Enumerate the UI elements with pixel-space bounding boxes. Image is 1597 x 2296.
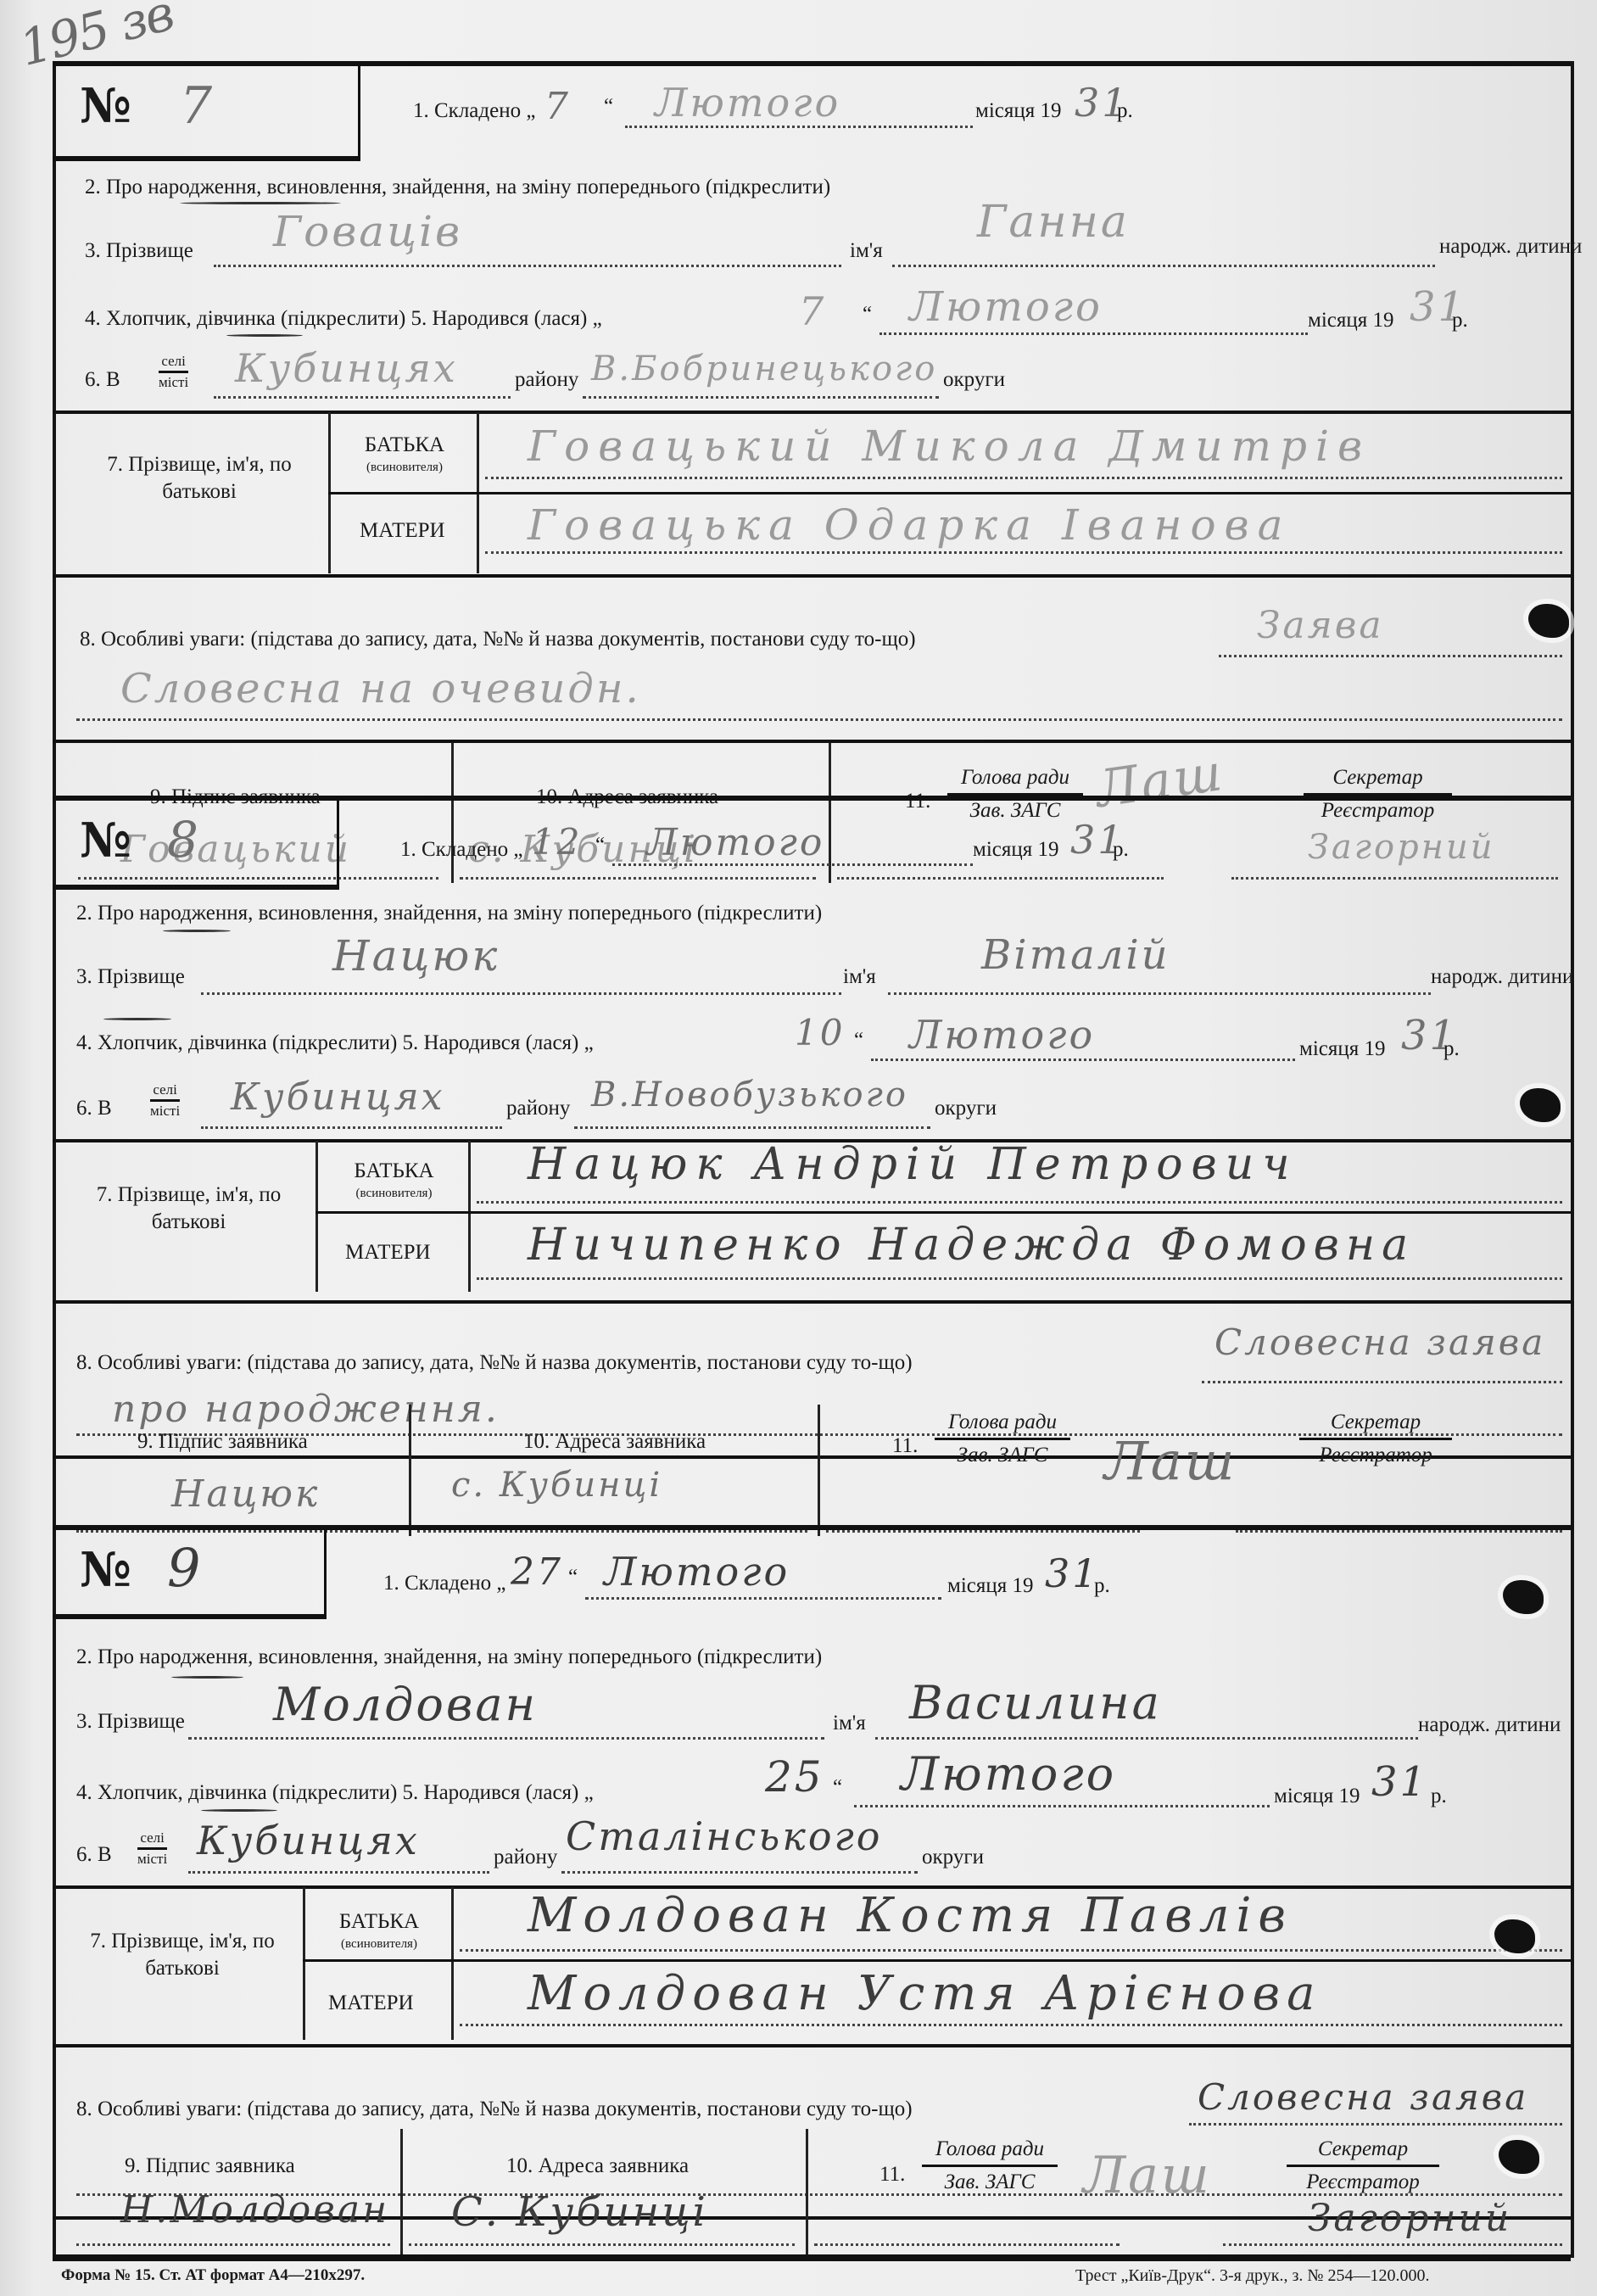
f1-month-label: місяця 19 <box>973 838 1059 862</box>
f6-district-label: району <box>494 1846 557 1869</box>
f1-month-label: місяця 19 <box>947 1574 1034 1598</box>
f1-quote: “ <box>568 1566 578 1589</box>
head-title: Голова ради Зав. ЗАГС <box>935 1409 1070 1469</box>
f7-label: 7. Прізвище, ім'я, по батькові <box>76 1928 288 1982</box>
f7-col-divider-1 <box>315 1141 318 1292</box>
f1-quote: “ <box>604 95 613 119</box>
f3-surname-label: 3. Прізвище <box>76 1710 185 1734</box>
f7-top-rule <box>53 411 1571 414</box>
birth-month-line <box>871 1059 1295 1061</box>
f2-underline-mark <box>180 202 341 204</box>
binding-hole <box>1528 604 1569 638</box>
f4-label: 4. Хлопчик, дівчинка (підкреслити) 5. На… <box>85 307 602 331</box>
f1-label: 1. Складено „ <box>400 838 522 862</box>
record-number-box: № 8 <box>53 796 339 890</box>
remarks-line-1: Заява <box>1257 604 1384 647</box>
f2-label: 2. Про народження, всиновлення, знайденн… <box>76 902 822 925</box>
f1-year-suffix: р. <box>1113 838 1129 862</box>
village: Кубинцях <box>235 345 458 391</box>
f3-surname-label: 3. Прізвище <box>76 965 185 989</box>
remarks-line-1-rule <box>1202 1381 1562 1383</box>
record-number: 7 <box>180 76 215 136</box>
f1-month-label: місяця 19 <box>975 99 1062 123</box>
name-line <box>888 992 1431 995</box>
f5-quote: “ <box>833 1776 842 1800</box>
f5-month-label: місяця 19 <box>1308 309 1394 332</box>
f8-label: 8. Особливі уваги: (підстава до запису, … <box>76 2098 913 2121</box>
f1-label: 1. Складено „ <box>413 99 535 123</box>
f8-top-rule <box>53 2044 1571 2047</box>
f4-label: 4. Хлопчик, дівчинка (підкреслити) 5. На… <box>76 1781 594 1805</box>
f3-suffix-label: народж. дитини <box>1418 1713 1561 1737</box>
f4-underline-mark <box>103 1018 171 1020</box>
sig-divider-1 <box>409 1405 411 1536</box>
mother-label: МАТЕРИ <box>345 1241 431 1265</box>
binding-hole <box>1520 1088 1561 1122</box>
f5-month-label: місяця 19 <box>1299 1037 1386 1061</box>
birth-year: 31 <box>1371 1758 1428 1806</box>
f8-label: 8. Особливі уваги: (підстава до запису, … <box>76 1351 913 1375</box>
f5-year-suffix: р. <box>1452 309 1468 332</box>
sig-divider-2 <box>806 2129 808 2256</box>
f3-surname-label: 3. Прізвище <box>85 239 193 263</box>
binding-hole <box>1503 1580 1544 1614</box>
f3-suffix-label: народж. дитини <box>1439 235 1582 259</box>
number-sign: № <box>80 813 131 869</box>
surname-line <box>201 992 841 995</box>
f8-label: 8. Особливі уваги: (підстава до запису, … <box>80 628 916 651</box>
district: Сталінського <box>566 1813 882 1859</box>
surname-line <box>214 265 841 267</box>
record-9-signatures: 9. Підпис заявника 10. Адреса заявника 1… <box>53 2154 1571 2256</box>
mother-line <box>477 1277 1562 1280</box>
mother-line <box>460 2024 1562 2026</box>
sig-line-12 <box>1223 2243 1562 2246</box>
f6-label: 6. В <box>76 1097 112 1120</box>
number-sign: № <box>80 1542 131 1598</box>
f7-col-divider-1 <box>303 1887 305 2040</box>
registrar-title: Секретар Реєстратор <box>1287 2136 1439 2196</box>
record-8-signature-zone: 9. Підпис заявника 10. Адреса заявника 1… <box>53 1405 1571 1540</box>
village: Кубинцях <box>197 1818 420 1863</box>
district-line <box>574 1126 930 1129</box>
village: Кубинцях <box>231 1075 444 1119</box>
f7-mid-rule <box>315 1211 1571 1214</box>
mother-label: МАТЕРИ <box>328 1992 414 2015</box>
form-footer-left: Форма № 15. Ст. АТ формат А4—210х297. <box>61 2266 365 2285</box>
f7-col-divider-2 <box>451 1887 454 2040</box>
compiled-day: 27 <box>511 1550 563 1594</box>
f2-underline-mark <box>171 1676 243 1679</box>
f3-name-label: ім'я <box>850 239 883 263</box>
number-sign: № <box>80 78 131 134</box>
record-number: 9 <box>167 1537 203 1599</box>
father-line <box>477 1201 1562 1204</box>
f6-okruha-label: округи <box>922 1846 984 1869</box>
district-line <box>583 396 939 399</box>
record-8: № 8 1. Складено „ 12 “ Лютого місяця 19 … <box>53 796 1571 1508</box>
f1-quote: “ <box>595 834 605 858</box>
f7-mid-rule <box>303 1959 1571 1962</box>
sig-line-9 <box>76 2243 390 2246</box>
district: В.Бобринецького <box>591 349 937 388</box>
f5-quote: “ <box>863 303 872 327</box>
f3-name-label: ім'я <box>843 965 876 989</box>
compiled-year: 31 <box>1045 1550 1100 1596</box>
f9-label: 9. Підпис заявника <box>125 2154 295 2178</box>
f7-col-divider-2 <box>468 1141 471 1292</box>
birth-day: 7 <box>799 288 826 334</box>
name-line <box>892 265 1435 267</box>
remarks-line-1-rule <box>1219 655 1562 657</box>
father-label: БАТЬКА (всиновителя) <box>307 1911 451 1955</box>
father-name: Говацький Микола Дмитрів <box>528 422 1371 471</box>
record-number-box: № 7 <box>53 61 360 161</box>
f3-suffix-label: народж. дитини <box>1431 965 1573 989</box>
sig-line-10 <box>409 2243 795 2246</box>
remarks-line-1: Словесна заява <box>1198 2076 1528 2118</box>
f8-top-rule <box>53 574 1571 578</box>
child-name: Василина <box>909 1676 1162 1729</box>
child-surname: Говаців <box>273 207 462 256</box>
f9-label: 9. Підпис заявника <box>137 1430 308 1454</box>
f6-okruha-label: округи <box>935 1097 997 1120</box>
mother-name: Говацька Одарка Іванова <box>528 500 1291 550</box>
registrar-title: Секретар Реєстратор <box>1299 1409 1452 1469</box>
birth-day: 25 <box>765 1752 824 1802</box>
f5-year-suffix: р. <box>1443 1037 1460 1061</box>
child-name: Віталій <box>981 931 1170 979</box>
applicant-address: С. Кубинці <box>451 2188 708 2236</box>
f4-underline-mark <box>226 334 303 337</box>
father-label: БАТЬКА (всиновителя) <box>320 1160 468 1204</box>
father-line <box>485 477 1562 479</box>
f6-label: 6. В <box>76 1843 112 1867</box>
f6-selo-misto: селі місті <box>159 354 188 390</box>
f1-year-suffix: р. <box>1117 99 1133 123</box>
f6-label: 6. В <box>85 368 120 392</box>
remarks-line-1-rule <box>1189 2123 1562 2126</box>
birth-month-line <box>854 1805 1270 1807</box>
compiled-day: 7 <box>544 85 571 128</box>
sig-divider-2 <box>818 1405 820 1536</box>
mother-name: Ничипенко Надежда Фомовна <box>528 1220 1415 1271</box>
f7-label: 7. Прізвище, ім'я, по батькові <box>76 1182 301 1236</box>
compiled-month: Лютого <box>646 821 824 864</box>
f6-selo-misto: селі місті <box>137 1830 167 1867</box>
f4-underline-mark <box>201 1809 277 1812</box>
sig-divider-1 <box>400 2129 403 2256</box>
f2-underline-mark <box>163 930 231 932</box>
applicant-signature: Н.Молдован <box>120 2188 389 2232</box>
head-signature: Лаш <box>1104 1430 1237 1492</box>
district-line <box>561 1871 918 1874</box>
father-name: Нацюк Андрій Петрович <box>528 1139 1298 1190</box>
child-surname: Молдован <box>273 1678 538 1731</box>
f1-label: 1. Складено „ <box>383 1572 505 1595</box>
f2-label: 2. Про народження, всиновлення, знайденн… <box>85 176 830 199</box>
record-number: 8 <box>167 811 201 869</box>
village-line <box>188 1871 489 1874</box>
f6-okruha-label: округи <box>943 368 1005 392</box>
applicant-signature: Нацюк <box>171 1472 320 1516</box>
f10-label: 10. Адреса заявника <box>506 2154 689 2178</box>
birth-month: Лютого <box>901 1747 1116 1801</box>
f6-selo-misto: селі місті <box>150 1082 180 1119</box>
compiled-day: 12 <box>532 821 582 863</box>
f11-number: 11. <box>879 2163 905 2187</box>
f2-label: 2. Про народження, всиновлення, знайденн… <box>76 1645 822 1669</box>
f5-quote: “ <box>854 1029 863 1053</box>
binding-hole <box>1494 1919 1535 1953</box>
f11-number: 11. <box>892 1434 918 1458</box>
surname-line <box>188 1737 824 1740</box>
village-line <box>214 396 511 399</box>
mother-line <box>485 551 1562 554</box>
compiled-month: Лютого <box>655 80 840 126</box>
f1-year-suffix: р. <box>1094 1574 1110 1598</box>
compiled-month-line <box>625 126 973 128</box>
f8-top-rule <box>53 1300 1571 1304</box>
printer-footer-right: Трест „Київ-Друк“. 3-я друк., з. № 254—1… <box>1075 2266 1429 2286</box>
remarks-line-2-rule <box>76 718 1562 721</box>
compiled-month-line <box>585 1597 941 1600</box>
birth-month: Лютого <box>909 283 1103 331</box>
village-line <box>201 1126 502 1129</box>
father-line <box>460 1949 1562 1952</box>
f3-name-label: ім'я <box>833 1712 866 1735</box>
compiled-month: Лютого <box>604 1549 790 1595</box>
record-number-box: № 9 <box>53 1525 327 1619</box>
father-label: БАТЬКА (всиновителя) <box>332 434 477 478</box>
father-name: Молдован Костя Павлів <box>528 1888 1293 1943</box>
page-bottom-rule <box>53 2254 1571 2261</box>
f5-year-suffix: р. <box>1431 1785 1447 1808</box>
district: В.Новобузького <box>591 1075 908 1114</box>
remarks-line-2: Словесна на очевидн. <box>120 665 641 712</box>
registrar-signature: Загорний <box>1308 2197 1511 2240</box>
f6-district-label: району <box>515 368 578 392</box>
birth-month-line <box>879 332 1308 335</box>
head-title: Голова ради Зав. ЗАГС <box>922 2136 1058 2196</box>
head-signature: Лаш <box>1083 2146 1212 2205</box>
mother-label: МАТЕРИ <box>360 519 445 543</box>
f7-label: 7. Прізвище, ім'я, по батькові <box>85 451 314 506</box>
child-surname: Нацюк <box>332 931 500 980</box>
applicant-address: с. Кубинці <box>451 1466 662 1505</box>
mother-name: Молдован Устя Арієнова <box>528 1966 1322 2021</box>
birth-day: 10 <box>795 1012 845 1053</box>
name-line <box>875 1737 1418 1740</box>
f6-district-label: району <box>506 1097 570 1120</box>
birth-month: Лютого <box>909 1012 1095 1058</box>
remarks-line-1: Словесна заява <box>1215 1321 1545 1363</box>
f10-label: 10. Адреса заявника <box>523 1430 706 1454</box>
f5-month-label: місяця 19 <box>1274 1785 1360 1808</box>
record-7: № 7 1. Складено „ 7 “ Лютого місяця 19 3… <box>53 61 1571 774</box>
f7-mid-rule <box>328 492 1571 494</box>
child-name: Ганна <box>977 197 1130 248</box>
f4-label: 4. Хлопчик, дівчинка (підкреслити) 5. На… <box>76 1031 594 1055</box>
sig-line-11 <box>814 2243 1120 2246</box>
